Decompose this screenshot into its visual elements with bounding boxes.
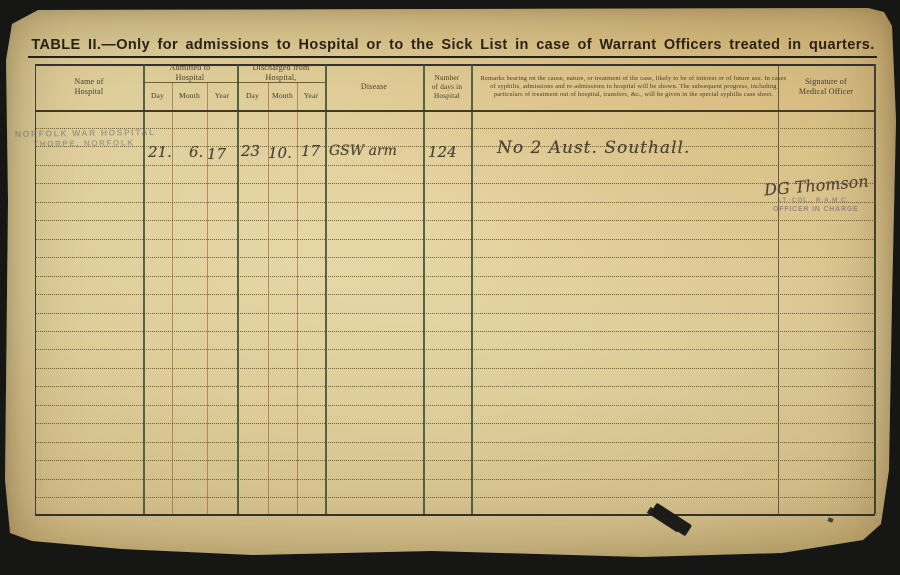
dotted-row-line (36, 442, 873, 443)
dotted-row-line (36, 423, 873, 424)
column-rule (471, 64, 473, 514)
hospital-stamp-line2: THORPE, NORFOLK (28, 138, 140, 149)
small-speck (827, 517, 833, 522)
column-rule (423, 64, 425, 514)
header-admitted-group: Admitted to Hospital (143, 63, 237, 83)
cell-remarks: No 2 Aust. Southall. (497, 138, 690, 158)
dotted-row-line (36, 276, 873, 277)
header-discharged-month: Month (268, 82, 297, 110)
column-rule (325, 64, 327, 514)
header-remarks: Remarks bearing on the cause, nature, or… (471, 64, 796, 110)
dark-tape-mark (650, 503, 692, 537)
dotted-row-line (36, 128, 873, 129)
page-title: TABLE II.—Only for admissions to Hospita… (30, 37, 876, 53)
paper-sheet: TABLE II.—Only for admissions to Hospita… (0, 0, 900, 575)
header-admitted-month: Month (172, 82, 207, 110)
table-bottom-border (35, 514, 875, 516)
officer-stamp-line1: LT.-COL., R.A.M.C. (778, 197, 849, 204)
table-right-border (874, 64, 876, 514)
dotted-row-line (36, 349, 873, 350)
header-discharged-group: Discharged from Hospital, (237, 63, 325, 83)
header-discharged-year: Year (297, 82, 325, 110)
header-admitted-year: Year (207, 82, 237, 110)
dotted-row-line (36, 331, 873, 332)
dotted-row-line (36, 239, 873, 240)
header-discharged-day: Day (237, 82, 268, 110)
cell-discharged-day: 23 (241, 142, 260, 160)
cell-discharged-month: 10. (268, 144, 292, 162)
column-rule (778, 64, 779, 514)
scanned-medical-record: TABLE II.—Only for admissions to Hospita… (0, 0, 900, 575)
dotted-row-line (36, 368, 873, 369)
header-bottom-line (35, 110, 875, 112)
header-days-in-hospital: Number of days in Hospital (423, 64, 471, 110)
dotted-row-line (36, 497, 873, 498)
dotted-row-line (36, 479, 873, 480)
header-signature: Signature of Medical Officer (778, 64, 874, 110)
dotted-row-line (36, 183, 873, 184)
dotted-row-line (36, 294, 873, 295)
dotted-row-line (36, 405, 873, 406)
header-admitted-day: Day (143, 82, 172, 110)
officer-stamp-line2: OFFICER IN CHARGE (773, 206, 859, 213)
hospital-stamp-line1: NORFOLK WAR HOSPITAL (15, 127, 155, 139)
cell-days-in-hospital: 124 (428, 143, 457, 161)
header-name-of-hospital: Name of Hospital (35, 64, 143, 110)
cell-discharged-year: 17 (301, 142, 320, 160)
dotted-row-line (36, 386, 873, 387)
dotted-row-line (36, 165, 873, 166)
column-rule (237, 64, 239, 514)
cell-admitted-day: 21. (148, 143, 172, 161)
dotted-row-line (36, 313, 873, 314)
cell-admitted-year: 17 (207, 145, 226, 163)
dotted-row-line (36, 257, 873, 258)
cell-disease: GSW arm (329, 143, 397, 159)
cell-admitted-month: 6. (189, 143, 203, 161)
medical-officer-signature: DG Thomson (763, 171, 869, 199)
dotted-row-line (36, 202, 873, 203)
dotted-row-line (36, 220, 873, 221)
header-disease: Disease (325, 64, 423, 110)
title-underline (28, 56, 877, 58)
dotted-row-line (36, 460, 873, 461)
